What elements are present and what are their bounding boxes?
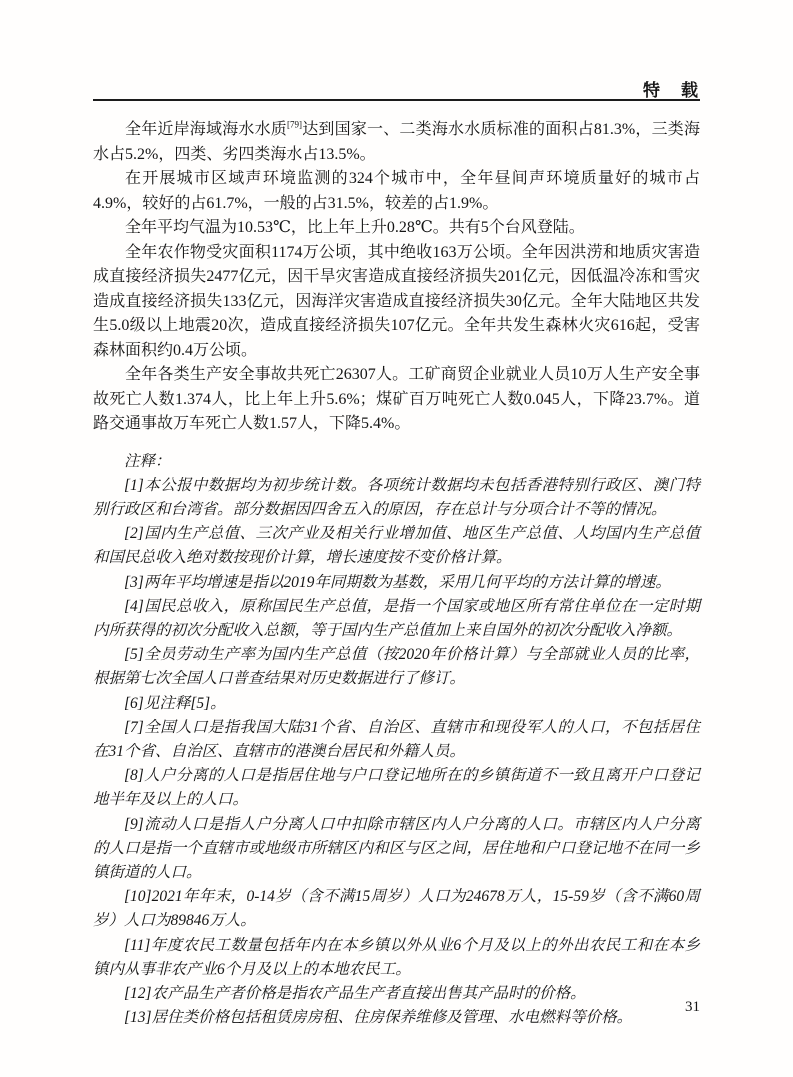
footnote-reference: [79] [287, 120, 302, 130]
body-paragraph: 全年各类生产安全事故共死亡26307人。工矿商贸企业就业人员10万人生产安全事故… [93, 363, 700, 437]
note-item: [4]国民总收入，原称国民生产总值，是指一个国家或地区所有常住单位在一定时期内所… [93, 595, 700, 643]
body-paragraph: 全年平均气温为10.53℃，比上年上升0.28℃。共有5个台风登陆。 [93, 216, 700, 241]
notes-heading: 注释： [93, 450, 700, 474]
page-number: 31 [93, 999, 700, 1016]
note-item: [5]全员劳动生产率为国内生产总值（按2020年价格计算）与全部就业人员的比率，… [93, 643, 700, 691]
page-header: 特 载 [93, 76, 700, 101]
note-item: [8]人户分离的人口是指居住地与户口登记地所在的乡镇街道不一致且离开户口登记地半… [93, 764, 700, 812]
body-paragraph: 在开展城市区域声环境监测的324个城市中，全年昼间声环境质量好的城市占4.9%，… [93, 167, 700, 216]
body-paragraph: 全年农作物受灾面积1174万公顷，其中绝收163万公顷。全年因洪涝和地质灾害造成… [93, 241, 700, 364]
note-item: [1]本公报中数据均为初步统计数。各项统计数据均未包括香港特别行政区、澳门特别行… [93, 474, 700, 522]
body-content: 全年近岸海域海水水质[79]达到国家一、二类海水水质标准的面积占81.3%，三类… [93, 118, 700, 1030]
note-item: [7]全国人口是指我国大陆31个省、自治区、直辖市和现役军人的人口，不包括居住在… [93, 716, 700, 764]
note-item: [2]国内生产总值、三次产业及相关行业增加值、地区生产总值、人均国内生产总值和国… [93, 522, 700, 570]
note-item: [11]年度农民工数量包括年内在本乡镇以外从业6个月及以上的外出农民工和在本乡镇… [93, 934, 700, 982]
section-title: 特 载 [643, 81, 700, 100]
note-item: [6]见注释[5]。 [93, 692, 700, 716]
header-divider [93, 99, 700, 101]
document-page: 特 载 全年近岸海域海水水质[79]达到国家一、二类海水水质标准的面积占81.3… [0, 0, 793, 1077]
paragraph-text: 全年近岸海域海水水质 [125, 121, 287, 138]
body-paragraph: 全年近岸海域海水水质[79]达到国家一、二类海水水质标准的面积占81.3%，三类… [93, 118, 700, 167]
note-item: [9]流动人口是指人户分离人口中扣除市辖区内人户分离的人口。市辖区内人户分离的人… [93, 813, 700, 886]
note-item: [10]2021年年末，0-14岁（含不满15周岁）人口为24678万人，15-… [93, 885, 700, 933]
note-item: [3]两年平均增速是指以2019年同期数为基数，采用几何平均的方法计算的增速。 [93, 571, 700, 595]
notes-section: 注释： [1]本公报中数据均为初步统计数。各项统计数据均未包括香港特别行政区、澳… [93, 450, 700, 1031]
